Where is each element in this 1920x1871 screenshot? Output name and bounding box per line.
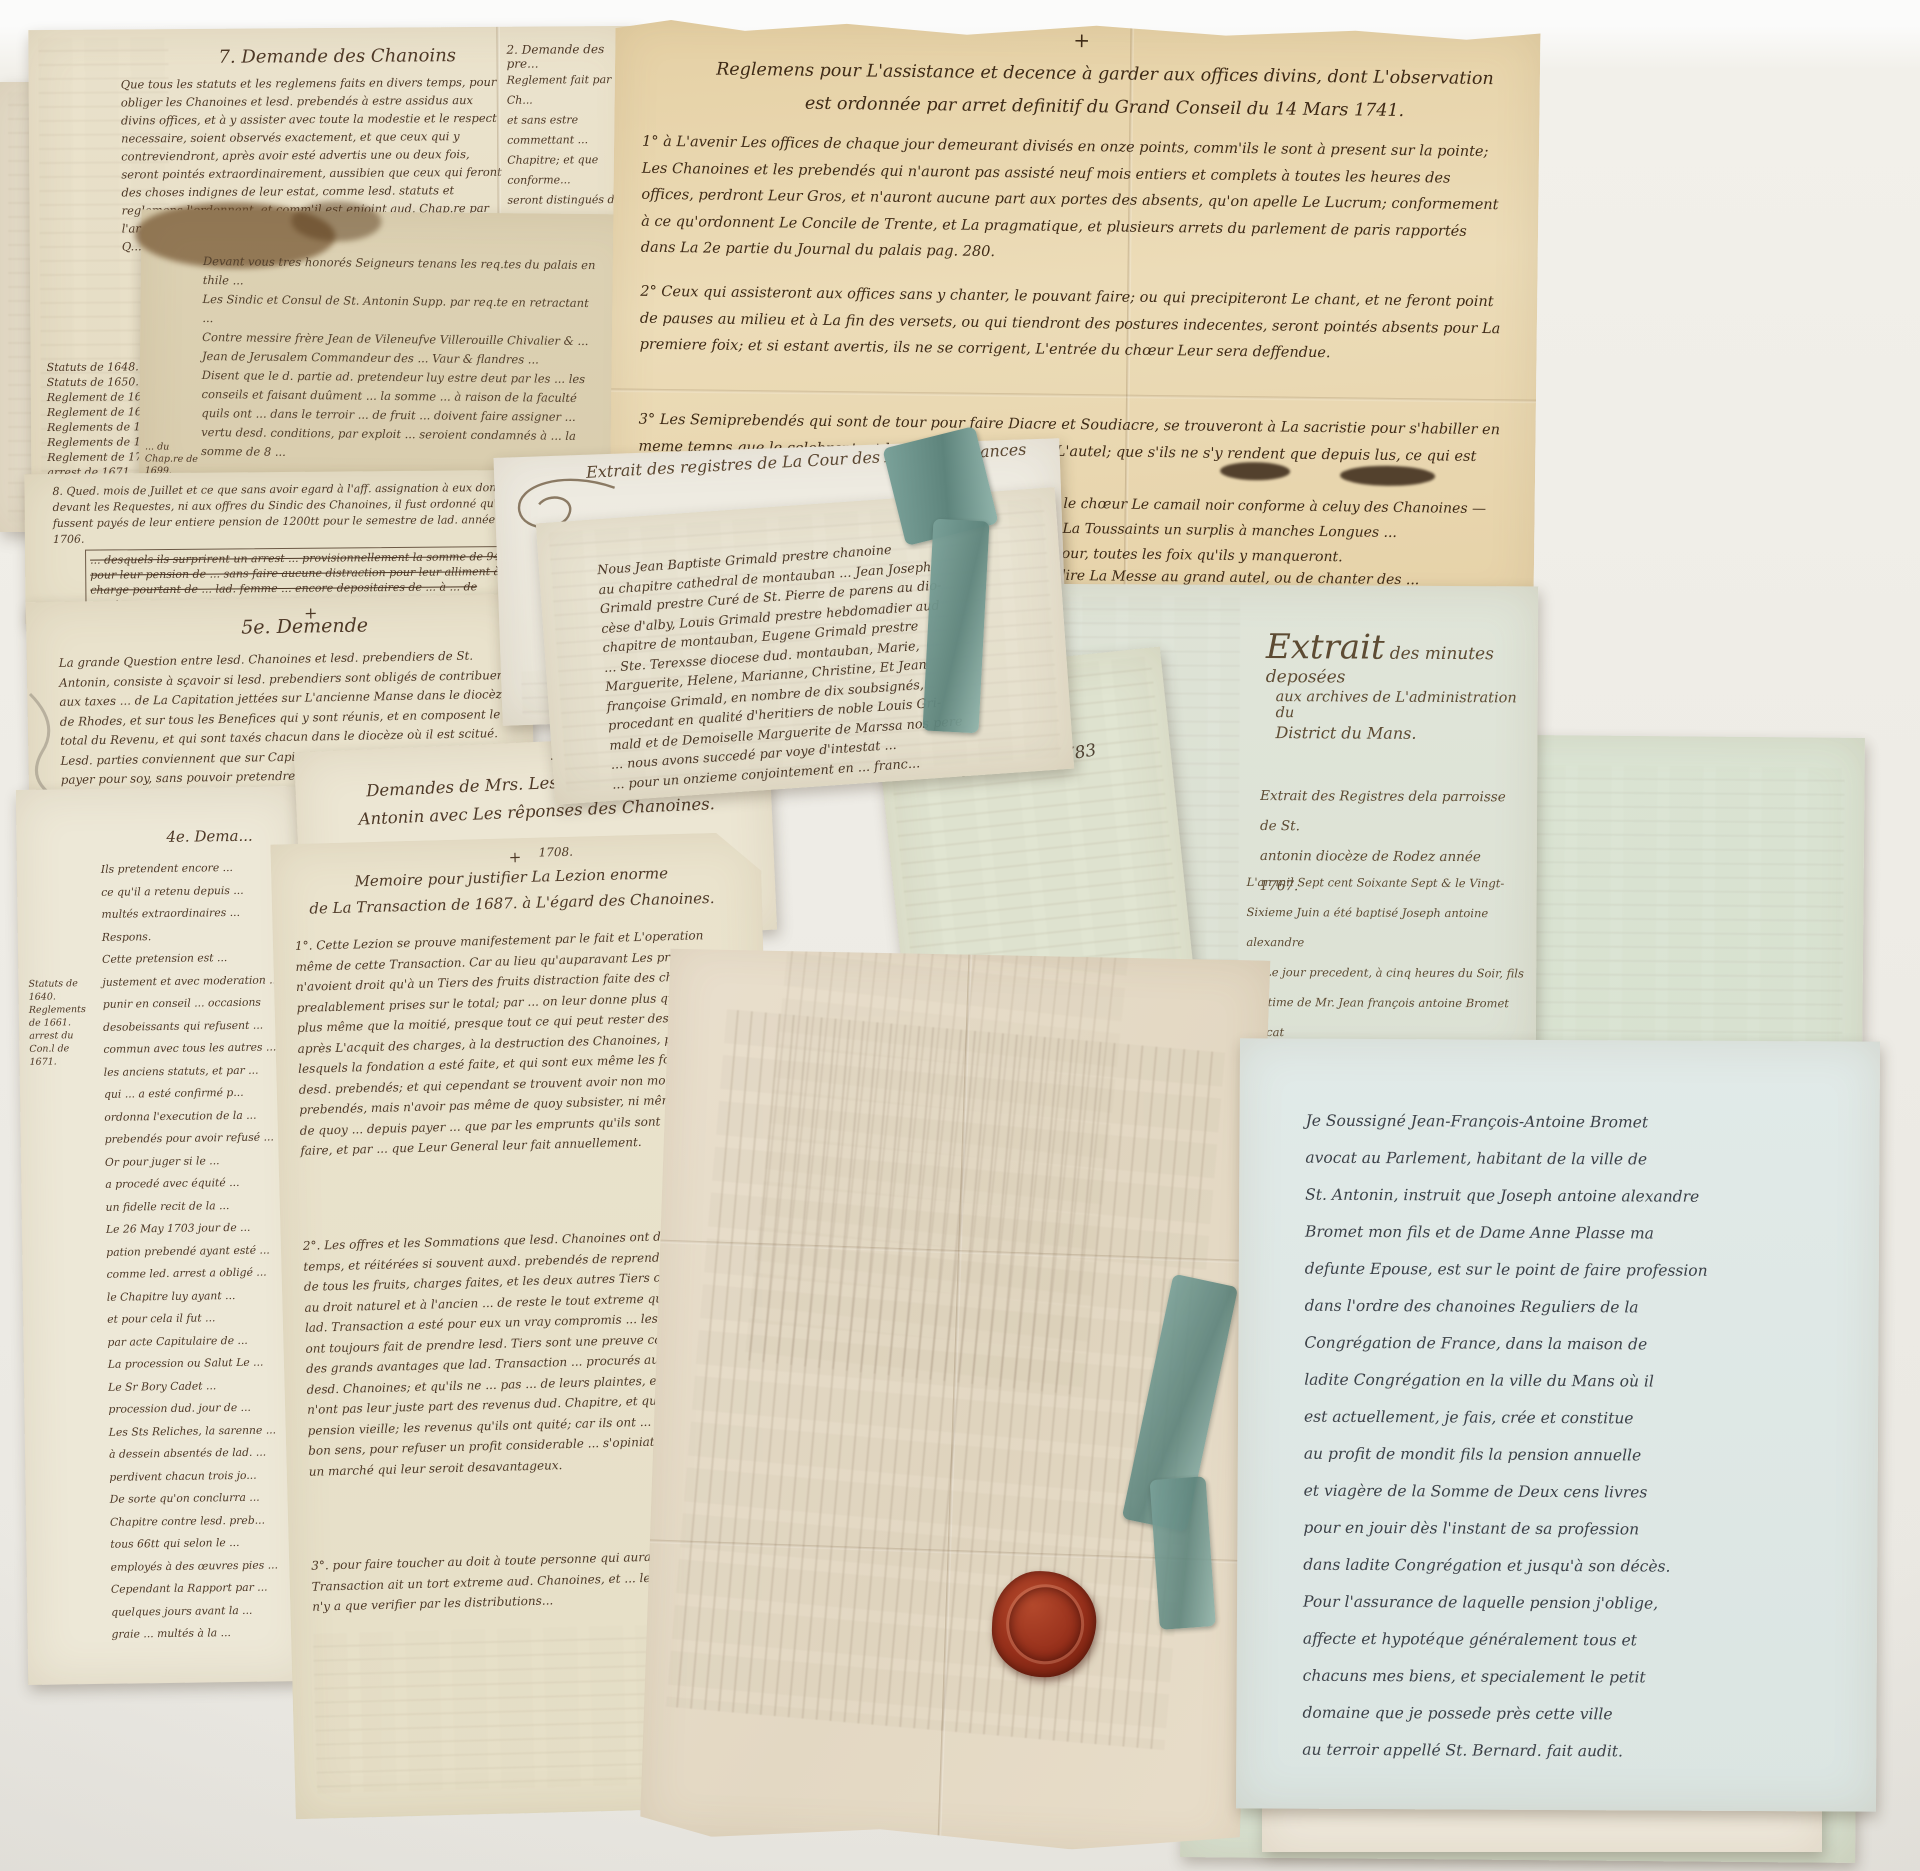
reglemens-point-4: ... dans le chœur Le camail noir conform… <box>1007 491 1528 572</box>
grimald-body: Nous Jean Baptiste Grimald prestre chano… <box>597 530 1060 795</box>
memoire-year: 1708. <box>538 845 573 860</box>
fold-crease <box>611 388 1536 403</box>
document-folded-letter-with-seal <box>640 940 1271 1855</box>
demande7-heading: 7. Demande des Chanoins <box>218 45 456 68</box>
memoire-heading: Memoire pour justifier La Lezion enorme … <box>296 859 727 922</box>
minutes-body: L'an mil Sept cent Soixante Sept & le Vi… <box>1246 867 1527 1048</box>
document-4e-demande: 4e. Dema... Statuts de 1640. Reglements … <box>16 786 313 1685</box>
demande5-heading: 5e. Demende <box>241 614 368 638</box>
minutes-title: Extrait des minutes deposées <box>1266 627 1526 688</box>
devant-body: Devant vous tres honorés Seigneurs tenan… <box>201 252 603 465</box>
cross-mark: + <box>1073 28 1090 52</box>
document-bromet-pension-letter: Je Soussigné Jean-François-Antoine Brome… <box>1236 1038 1880 1811</box>
minutes-line3: District du Mans. <box>1275 723 1525 743</box>
juillet8-body: 8. Qued. mois de Juillet et ce que sans … <box>52 480 519 548</box>
statuts4-heading: 4e. Dema... <box>166 827 253 846</box>
bromet-letter-body: Je Soussigné Jean-François-Antoine Brome… <box>1302 1103 1850 1772</box>
reglemens-title: Reglemens pour L'assistance et decence à… <box>704 53 1505 129</box>
minutes-line2: aux archives de L'administration du <box>1276 689 1526 722</box>
brown-stain <box>291 201 381 242</box>
photo-of-manuscripts: 7. Demande des Chanoins Que tous les sta… <box>0 0 1920 1871</box>
reglemens-point-2: 2° Ceux qui assisteront aux offices sans… <box>639 279 1502 369</box>
document-grimald-heirs: Nous Jean Baptiste Grimald prestre chano… <box>536 487 1074 805</box>
reglemens-point-1: 1° à L'avenir Les offices de chaque jour… <box>641 129 1505 272</box>
silk-ribbon-tail <box>922 519 989 734</box>
silk-ribbon-on-letter <box>1150 1476 1216 1630</box>
statuts4-margin-notes: Statuts de 1640. Reglements de 1661. arr… <box>28 977 99 1069</box>
minutes-title-word: Extrait <box>1266 627 1385 668</box>
